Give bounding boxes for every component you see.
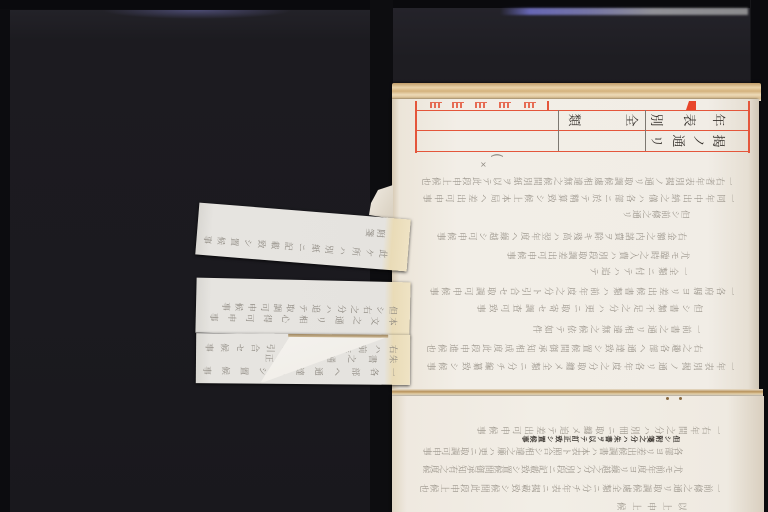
header-char: 通 — [670, 134, 684, 148]
manuscript-line: 尤モ前年度ヨリ繰越之分ハ別段ニ記載致シ置候間御承知有之度候 — [423, 463, 683, 473]
manuscript-line: 一全類ニ付テハ追テ — [590, 265, 690, 275]
red-heading-glyph — [430, 102, 442, 108]
slip-line: 附箋 — [365, 226, 386, 238]
manuscript-line: 一同年中出納之儀ハ各部ニ於テ精算致シ候上本局ヘ差出可申事 — [423, 192, 737, 202]
ink-dot — [666, 397, 669, 400]
manuscript-line: 一前書之通リ相違無之候依テ如件 — [533, 323, 703, 333]
manuscript-line: 尤モ臨時之入費ハ別段取調差出可申候事 — [507, 249, 690, 259]
light-reflection — [500, 8, 748, 15]
red-rule-tick — [547, 101, 549, 111]
header-char: 年 — [710, 113, 724, 127]
pasted-slip-folded: 右ハ前年度之分ト引合セ候事 朱書之通リ訂正 一各部ヘ通達致シ置候事 — [196, 333, 410, 385]
manuscript-line: 一各府縣ヨリ差出候書類ハ前年度之分ト引合セ取調可申候事 — [430, 285, 737, 295]
manuscript-line: 一右者年表別揭ノ通リ取調候處相違無之候間別紙ヲ以テ此段申上候也 — [422, 175, 735, 185]
pasted-slip: 但シ右之分ハ追テ取調可申候事 本文之通リ相心得可申事 — [195, 278, 410, 338]
header-cell-divider — [558, 110, 559, 151]
red-rule-bottom — [415, 151, 750, 152]
manuscript-line: 以上申上候 — [617, 500, 687, 510]
pencil-mark: ( — [489, 153, 504, 158]
header-char: 表 — [681, 113, 695, 127]
red-heading-glyph — [499, 102, 511, 108]
manuscript-line: 一前條之通リ取調候處全類ニ分チ年表ニ揭載致シ候間此段申上候也 — [420, 482, 723, 492]
manuscript-line: 但シ前條之通リ — [623, 208, 690, 218]
page-fold — [392, 389, 763, 396]
red-rule-top — [415, 110, 750, 111]
header-char: ノ — [690, 134, 704, 148]
ink-dot — [679, 397, 682, 400]
pencil-mark: × — [480, 160, 487, 169]
slip-line: 此ケ所ハ別紙ニ記載致シ置候事 — [203, 233, 388, 258]
header-char: リ — [648, 134, 662, 148]
red-heading-glyph — [524, 102, 536, 108]
red-rule-middle — [415, 130, 750, 131]
header-cell-divider — [645, 110, 646, 151]
header-char: 揭 — [710, 134, 724, 148]
red-rule-left — [415, 101, 417, 153]
inserted-note-line: 但シ附箋之分ハ朱書ヲ以テ訂正致シ置候事 — [522, 435, 680, 443]
manuscript-line: 右之趣各部ヘ通達致シ置候間御承知相成度此段申進候也 — [427, 342, 703, 352]
manuscript-line: 一右年間之分ハ別冊ニ取纏メ追テ差出可申候事 — [477, 424, 723, 434]
manuscript-line: 右金額之内諸費ヲ除キ殘高ハ翌年度ヘ繰越シ可申候事 — [437, 230, 687, 240]
manuscript-line: 各部ヨリ差出候調書ハ本表ト照合シ相違之廉ハ更ニ取調可申事 — [423, 445, 683, 455]
manuscript-line: 但シ書類不足之分ハ更ニ取寄セ調査可致事 — [477, 302, 703, 312]
header-char: 別 — [648, 113, 662, 127]
manuscript-line: 一年表別揭ノ通リ各年度之分取纏メ全類ニ分チ編纂致シ候事 — [427, 360, 737, 370]
header-char: 類 — [566, 113, 580, 127]
red-heading-glyph — [475, 102, 487, 108]
red-rule-right — [748, 101, 750, 153]
red-heading-glyph — [452, 102, 464, 108]
header-char: 全 — [623, 113, 637, 127]
